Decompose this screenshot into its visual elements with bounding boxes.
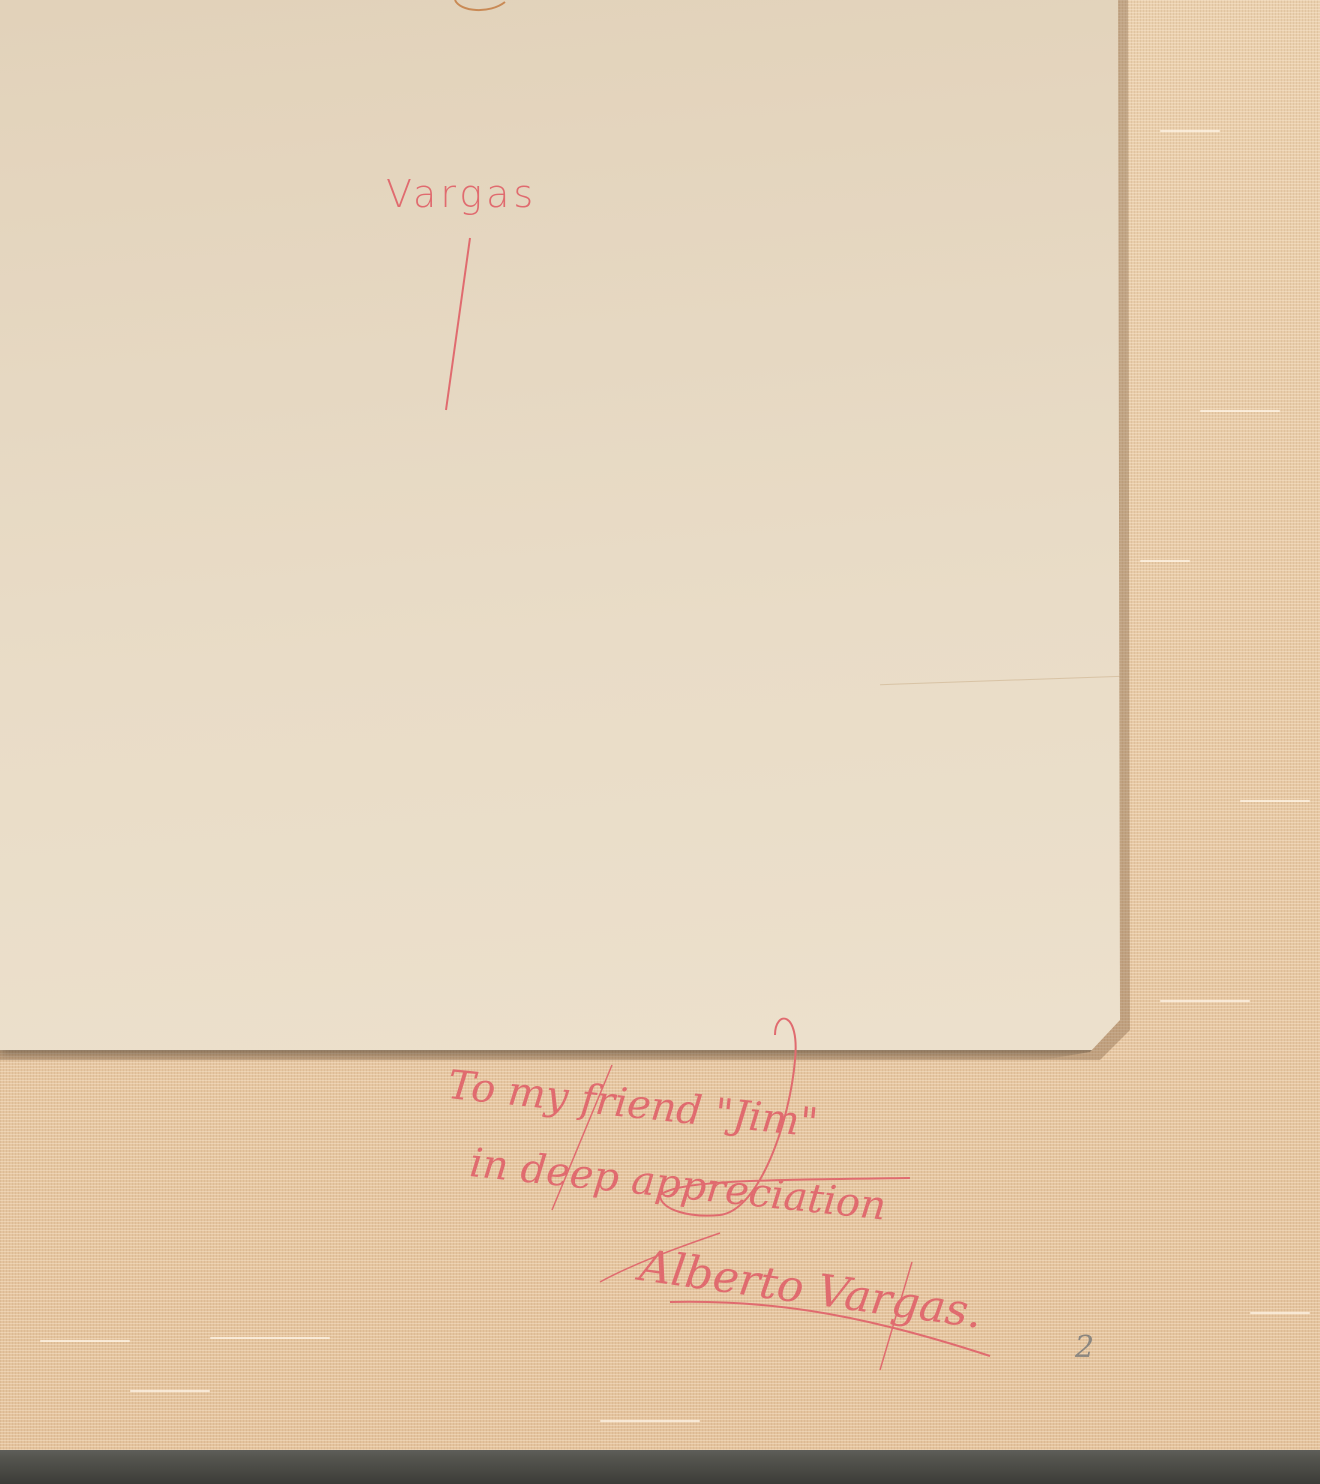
vertical-stroke	[446, 238, 470, 410]
artwork-photo: Vargas To my friend "Jim" in deep apprec…	[0, 0, 1320, 1484]
sketch-remnant	[455, 0, 505, 10]
pencil-mark: 2	[1075, 1330, 1094, 1365]
top-signature: Vargas	[386, 172, 537, 216]
